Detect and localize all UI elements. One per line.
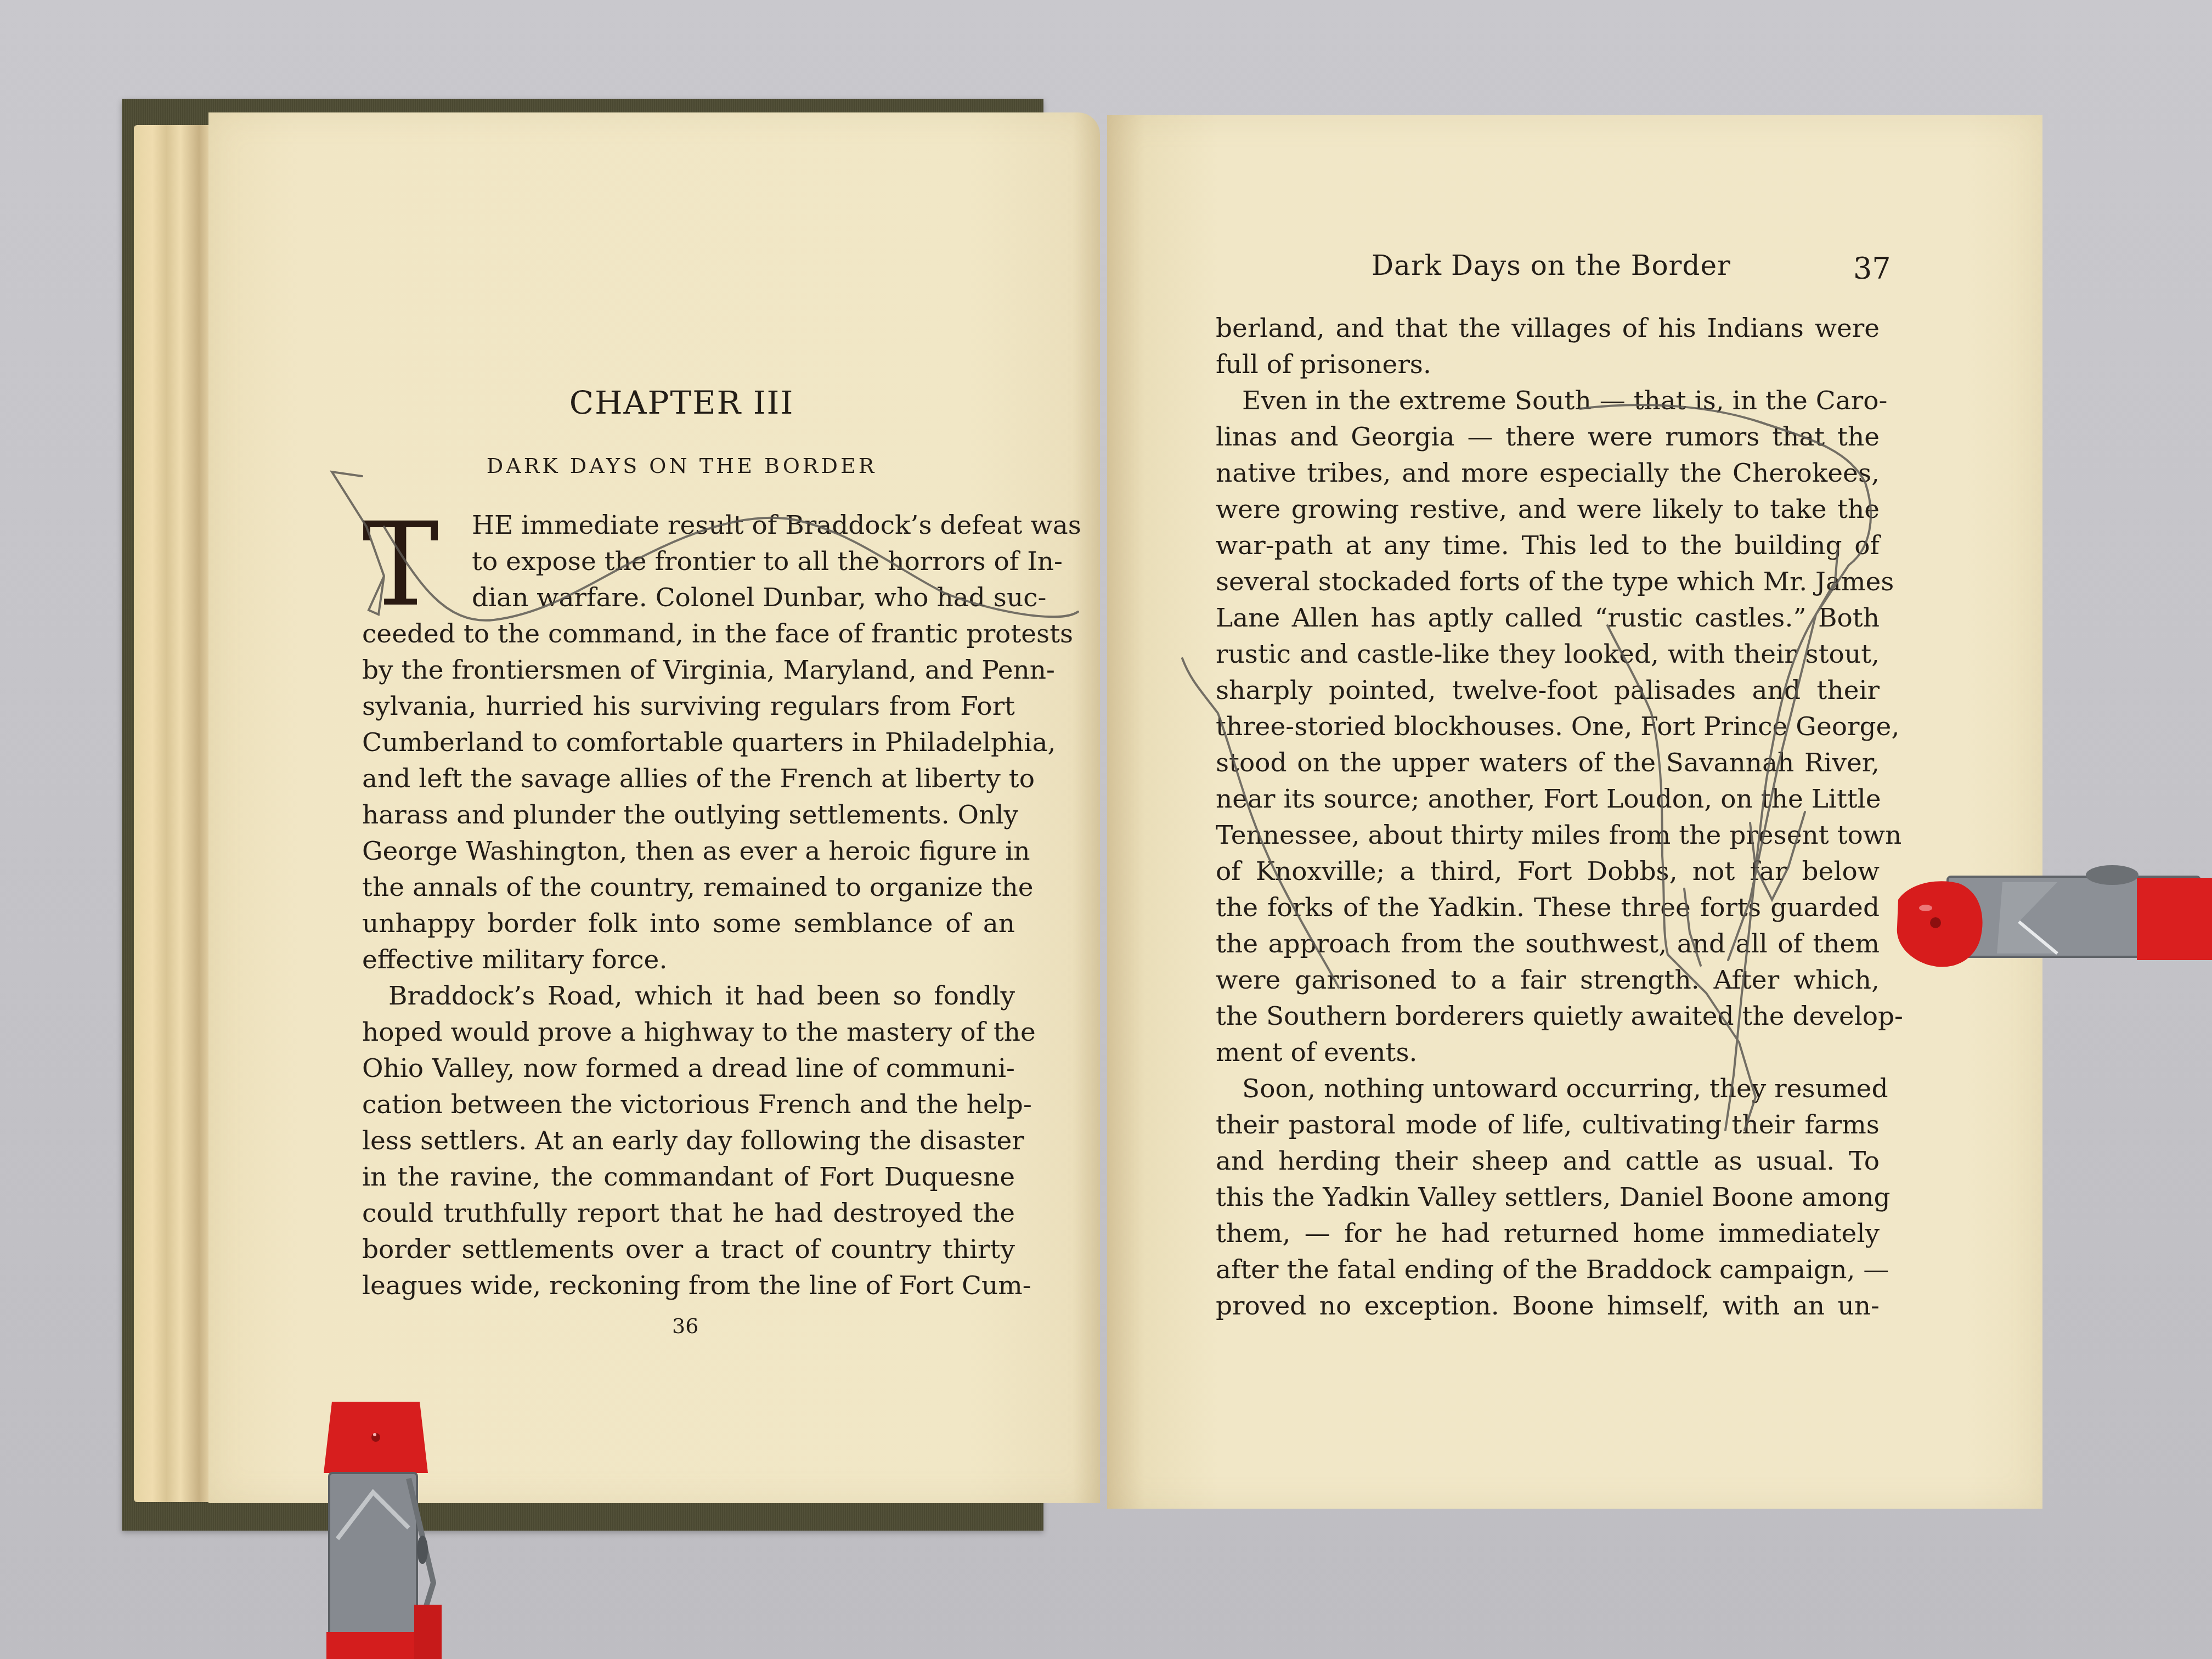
text-line: ment of events. (1216, 1035, 1880, 1071)
text-line: this the Yadkin Valley settlers, Daniel … (1216, 1180, 1880, 1216)
text-line: their pastoral mode of life, cultivating… (1216, 1107, 1880, 1143)
running-head: Dark Days on the Border (1372, 250, 1731, 281)
page-number-right: 37 (1853, 251, 1891, 286)
text-line: Tennessee, about thirty miles from the p… (1216, 817, 1880, 854)
text-line: native tribes, and more especially the C… (1216, 455, 1880, 492)
text-line: by the frontiersmen of Virginia, Marylan… (362, 652, 1015, 689)
dropcap-letter: T (362, 507, 439, 623)
text-line: after the fatal ending of the Braddock c… (1216, 1252, 1880, 1288)
text-line: war-path at any time. This led to the bu… (1216, 528, 1880, 564)
text-line: hoped would prove a highway to the maste… (362, 1014, 1015, 1051)
text-line: were growing restive, and were likely to… (1216, 492, 1880, 528)
text-line: rustic and castle-like they looked, with… (1216, 636, 1880, 673)
text-line: Lane Allen has aptly called “rustic cast… (1216, 600, 1880, 636)
text-line: Ohio Valley, now formed a dread line of … (362, 1051, 1015, 1087)
text-line: Cumberland to comfortable quarters in Ph… (362, 725, 1015, 761)
text-line: and herding their sheep and cattle as us… (1216, 1143, 1880, 1180)
text-line: linas and Georgia — there were rumors th… (1216, 419, 1880, 455)
text-line: sylvania, hurried his surviving regulars… (362, 689, 1015, 725)
text-line: them, — for he had returned home immedia… (1216, 1216, 1880, 1252)
text-line: and left the savage allies of the French… (362, 761, 1015, 797)
text-line: George Washington, then as ever a heroic… (362, 833, 1015, 870)
text-line: ceeded to the command, in the face of fr… (362, 616, 1015, 652)
page-number-left: 36 (672, 1314, 698, 1338)
text-line: stood on the upper waters of the Savanna… (1216, 745, 1880, 781)
text-line: Even in the extreme South — that is, in … (1216, 383, 1880, 419)
text-line: Braddock’s Road, which it had been so fo… (362, 978, 1015, 1014)
text-line: several stockaded forts of the type whic… (1216, 564, 1880, 600)
text-line: full of prisoners. (1216, 347, 1880, 383)
text-line: could truthfully report that he had dest… (362, 1195, 1015, 1232)
text-line: cation between the victorious French and… (362, 1087, 1015, 1123)
text-line: to expose the frontier to all the horror… (472, 544, 1015, 580)
text-line: the Southern borderers quietly awaited t… (1216, 998, 1880, 1035)
text-line: HE immediate result of Braddock’s defeat… (472, 507, 1015, 544)
text-line: border settlements over a tract of count… (362, 1232, 1015, 1268)
text-line: proved no exception. Boone himself, with… (1216, 1288, 1880, 1324)
text-line: dian warfare. Colonel Dunbar, who had su… (472, 580, 1015, 616)
text-line: sharply pointed, twelve-foot palisades a… (1216, 673, 1880, 709)
text-line: berland, and that the villages of his In… (1216, 311, 1880, 347)
text-line: harass and plunder the outlying settleme… (362, 797, 1015, 833)
spring-clip-bottom (321, 1396, 447, 1659)
text-line: the approach from the southwest, and all… (1216, 926, 1880, 962)
text-line: less settlers. At an early day following… (362, 1123, 1015, 1159)
text-line: effective military force. (362, 942, 1015, 978)
text-line: three-storied blockhouses. One, Fort Pri… (1216, 709, 1880, 745)
left-page-dropcap-lines: HE immediate result of Braddock’s defeat… (472, 507, 1015, 616)
chapter-subtitle: DARK DAYS ON THE BORDER (208, 454, 1155, 478)
spring-clip-right (1893, 861, 2212, 982)
chapter-title: CHAPTER III (208, 384, 1155, 421)
right-page-body: berland, and that the villages of his In… (1216, 311, 1880, 1324)
text-line: unhappy border folk into some semblance … (362, 906, 1015, 942)
text-line: in the ravine, the commandant of Fort Du… (362, 1159, 1015, 1195)
text-line: Soon, nothing untoward occurring, they r… (1216, 1071, 1880, 1107)
left-page-body: ceeded to the command, in the face of fr… (362, 616, 1015, 1304)
text-line: the annals of the country, remained to o… (362, 870, 1015, 906)
text-line: near its source; another, Fort Loudon, o… (1216, 781, 1880, 817)
text-line: the forks of the Yadkin. These three for… (1216, 890, 1880, 926)
text-line: of Knoxville; a third, Fort Dobbs, not f… (1216, 854, 1880, 890)
text-line: were garrisoned to a fair strength. Afte… (1216, 962, 1880, 998)
text-line: leagues wide, reckoning from the line of… (362, 1268, 1015, 1304)
